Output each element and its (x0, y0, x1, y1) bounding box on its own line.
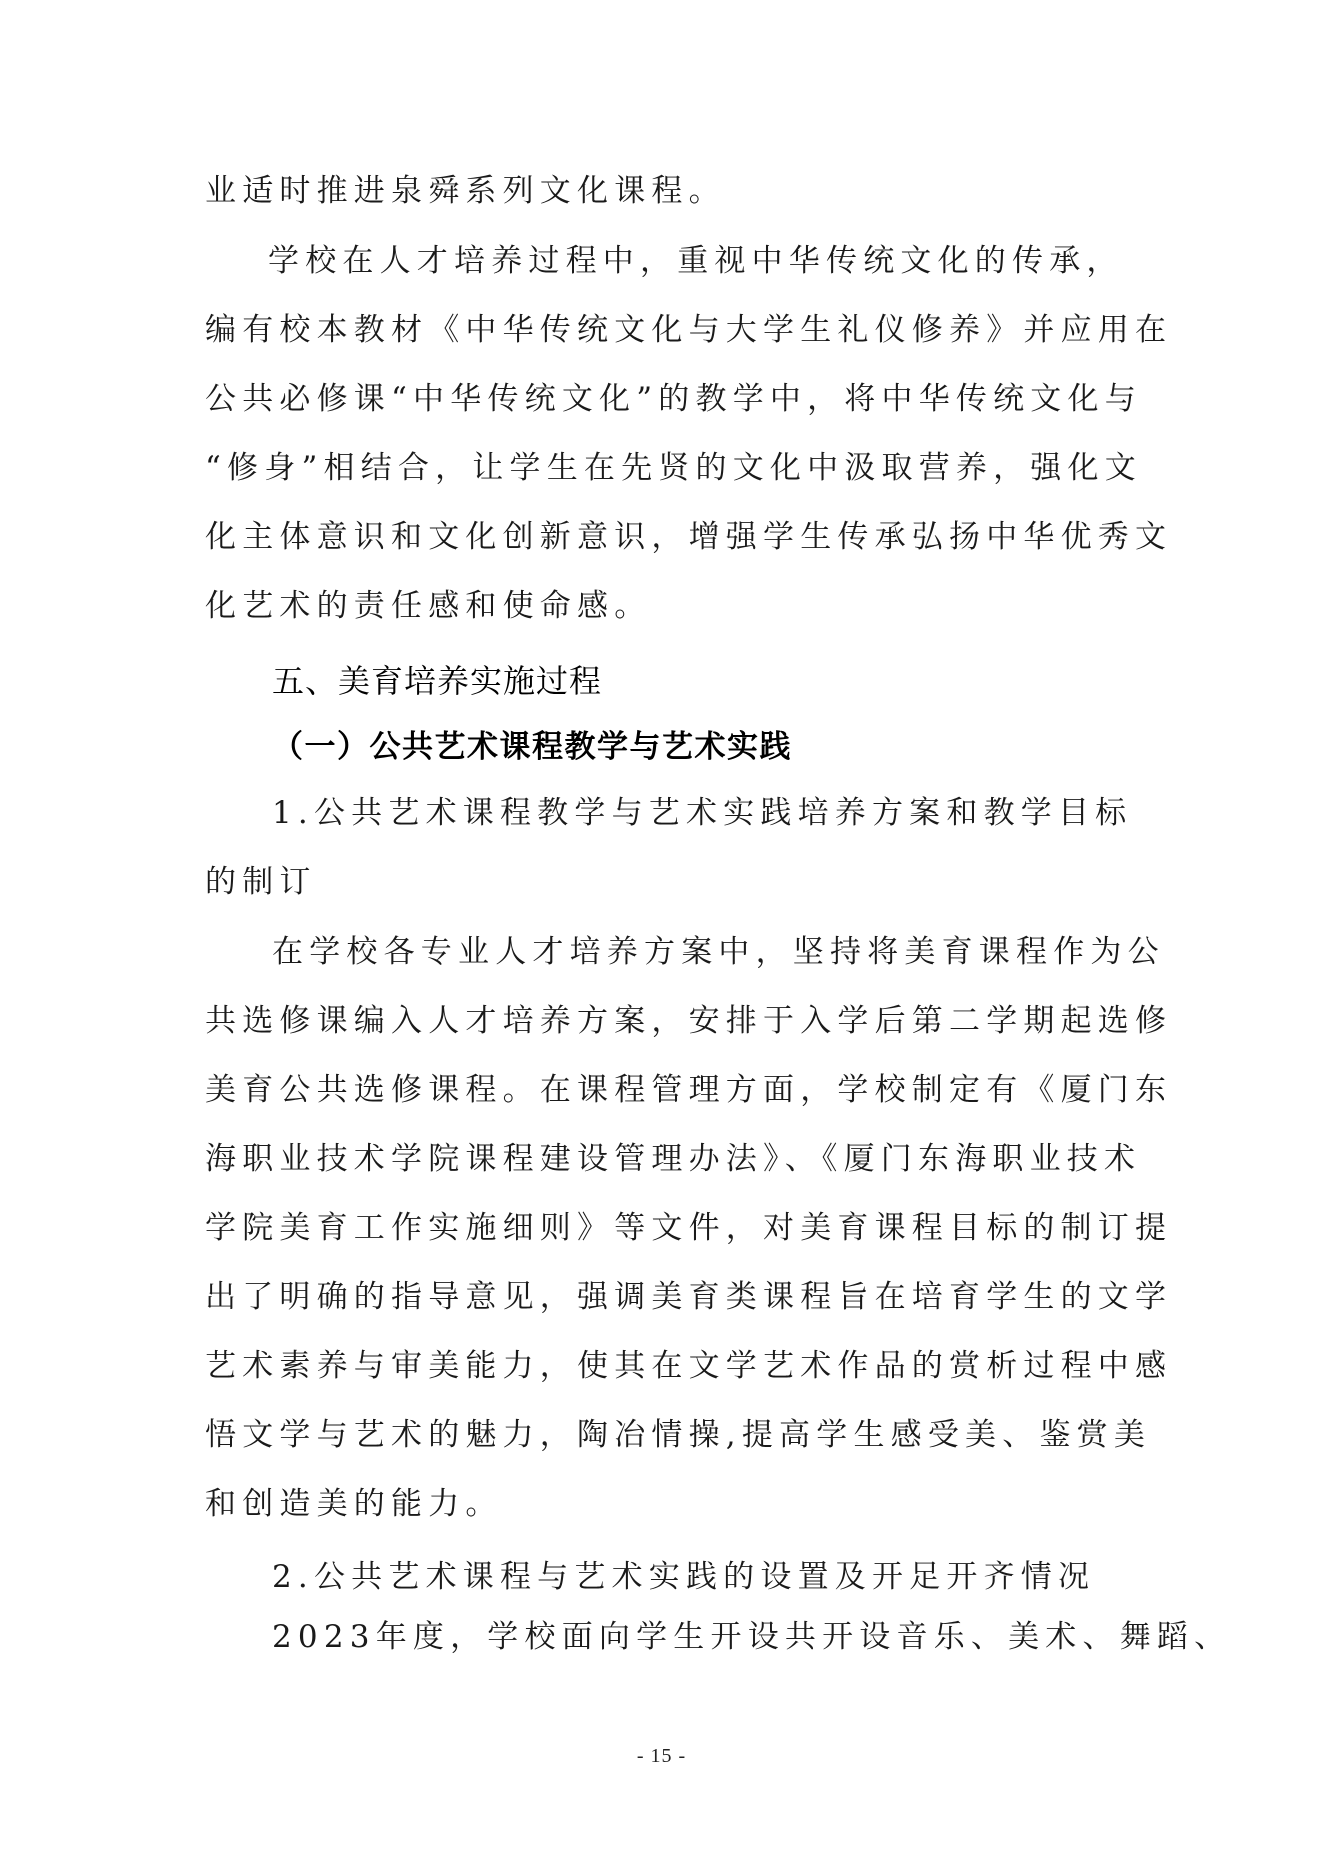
paragraph-line: 化艺术的责任感和使命感。 (205, 586, 1135, 626)
paragraph-line: 公共必修课“中华传统文化”的教学中，将中华传统文化与 (205, 379, 1135, 419)
paragraph-line: 和创造美的能力。 (205, 1484, 1135, 1524)
paragraph-continuation-line: 业适时推进泉舜系列文化课程。 (205, 171, 1135, 211)
paragraph-line: 共选修课编入人才培养方案，安排于入学后第二学期起选修 (205, 1001, 1135, 1041)
page-number: - 15 - (0, 1745, 1323, 1768)
item-title-line: 2.公共艺术课程与艺术实践的设置及开足开齐情况 (272, 1557, 1127, 1597)
document-page: 业适时推进泉舜系列文化课程。 学校在人才培养过程中，重视中华传统文化的传承， 编… (0, 0, 1323, 1871)
section-heading: 五、美育培养实施过程 (272, 661, 1127, 701)
subsection-heading: （一）公共艺术课程教学与艺术实践 (272, 727, 1127, 767)
paragraph-line: 出了明确的指导意见，强调美育类课程旨在培育学生的文学 (205, 1277, 1135, 1317)
paragraph-line: 学院美育工作实施细则》等文件，对美育课程目标的制订提 (205, 1208, 1135, 1248)
paragraph-line: 海职业技术学院课程建设管理办法》、《厦门东海职业技术 (205, 1139, 1135, 1179)
paragraph-line: 美育公共选修课程。在课程管理方面，学校制定有《厦门东 (205, 1070, 1135, 1110)
paragraph-line: 学校在人才培养过程中，重视中华传统文化的传承， (268, 241, 1123, 281)
paragraph-line: 2023年度，学校面向学生开设共开设音乐、美术、舞蹈、 (272, 1617, 1127, 1657)
item-title-line: 1.公共艺术课程教学与艺术实践培养方案和教学目标 (272, 793, 1127, 833)
paragraph-line: 化主体意识和文化创新意识，增强学生传承弘扬中华优秀文 (205, 517, 1135, 557)
paragraph-line: 艺术素养与审美能力，使其在文学艺术作品的赏析过程中感 (205, 1346, 1135, 1386)
item-title-line: 的制订 (205, 862, 1135, 902)
paragraph-line: 悟文学与艺术的魅力，陶冶情操,提高学生感受美、鉴赏美 (205, 1415, 1135, 1455)
paragraph-line: 在学校各专业人才培养方案中，坚持将美育课程作为公 (272, 932, 1127, 972)
paragraph-line: 编有校本教材《中华传统文化与大学生礼仪修养》并应用在 (205, 310, 1135, 350)
paragraph-line: “修身”相结合，让学生在先贤的文化中汲取营养，强化文 (205, 448, 1135, 488)
